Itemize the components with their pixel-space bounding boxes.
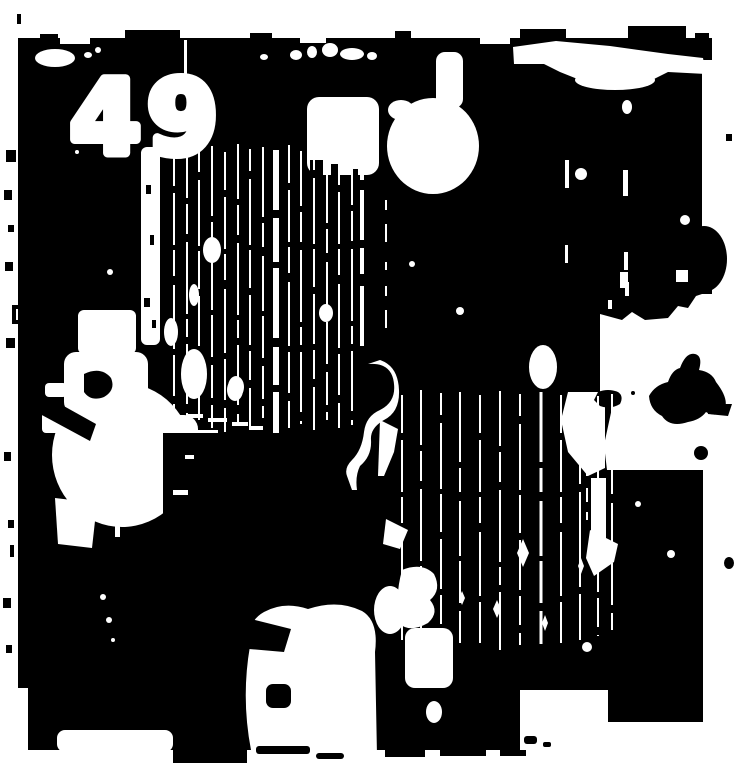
speck bbox=[260, 54, 268, 60]
speck bbox=[95, 47, 101, 53]
scratch-line bbox=[565, 245, 568, 263]
scratch-line bbox=[184, 40, 187, 76]
edge-bump bbox=[395, 31, 411, 39]
edge-dash bbox=[316, 753, 344, 759]
binarized-photo: 49 bbox=[0, 0, 746, 763]
band-blob bbox=[575, 70, 655, 90]
edge-nick bbox=[60, 38, 90, 44]
edge-bump bbox=[628, 26, 686, 39]
dark-dot bbox=[694, 446, 708, 460]
square-blob bbox=[405, 628, 453, 688]
speck bbox=[3, 598, 11, 608]
speck bbox=[456, 307, 464, 315]
speck bbox=[17, 14, 21, 24]
speck bbox=[409, 261, 415, 267]
speck bbox=[6, 150, 16, 162]
scratch-line bbox=[565, 160, 569, 188]
wide-stripe bbox=[141, 147, 160, 345]
speck bbox=[4, 190, 12, 200]
speck bbox=[726, 134, 732, 141]
speck bbox=[543, 742, 551, 747]
speck bbox=[575, 168, 587, 180]
speck bbox=[524, 736, 537, 744]
speck bbox=[4, 452, 11, 461]
margin-widening bbox=[18, 688, 28, 763]
edge-blob bbox=[681, 226, 727, 292]
edge-dash bbox=[256, 746, 310, 754]
speck bbox=[667, 550, 675, 558]
egg-blob bbox=[529, 345, 557, 389]
notch bbox=[310, 160, 323, 179]
speck bbox=[8, 520, 14, 528]
edge-bump bbox=[520, 29, 566, 39]
speck bbox=[6, 338, 15, 348]
speck bbox=[10, 545, 14, 557]
speck bbox=[290, 50, 302, 60]
speck bbox=[84, 52, 92, 58]
speck bbox=[307, 46, 317, 58]
edge-bump bbox=[250, 33, 272, 39]
speck bbox=[724, 557, 734, 569]
speck bbox=[75, 150, 79, 154]
edge-bump bbox=[40, 34, 58, 39]
scanned-photo-page: 49 bbox=[0, 0, 746, 763]
speck bbox=[622, 100, 632, 114]
speck bbox=[5, 262, 13, 271]
speck bbox=[635, 501, 641, 507]
edge-bump bbox=[695, 33, 709, 39]
speck bbox=[608, 300, 612, 309]
speck bbox=[582, 642, 592, 652]
white-strip bbox=[57, 730, 173, 752]
speck bbox=[426, 701, 442, 723]
speck bbox=[631, 391, 635, 395]
margin-trim bbox=[702, 60, 714, 230]
blob-intrusion bbox=[266, 684, 291, 708]
speck bbox=[367, 52, 377, 60]
speck bbox=[322, 43, 338, 57]
edge-nick bbox=[480, 38, 510, 44]
blob bbox=[35, 49, 75, 67]
speck bbox=[8, 225, 14, 232]
white-column bbox=[591, 478, 606, 540]
speck bbox=[340, 48, 364, 60]
speck bbox=[6, 645, 12, 653]
white-band bbox=[540, 727, 746, 763]
edge-nick bbox=[300, 38, 326, 43]
margin-trim bbox=[703, 430, 715, 763]
edge-bump bbox=[125, 30, 180, 39]
